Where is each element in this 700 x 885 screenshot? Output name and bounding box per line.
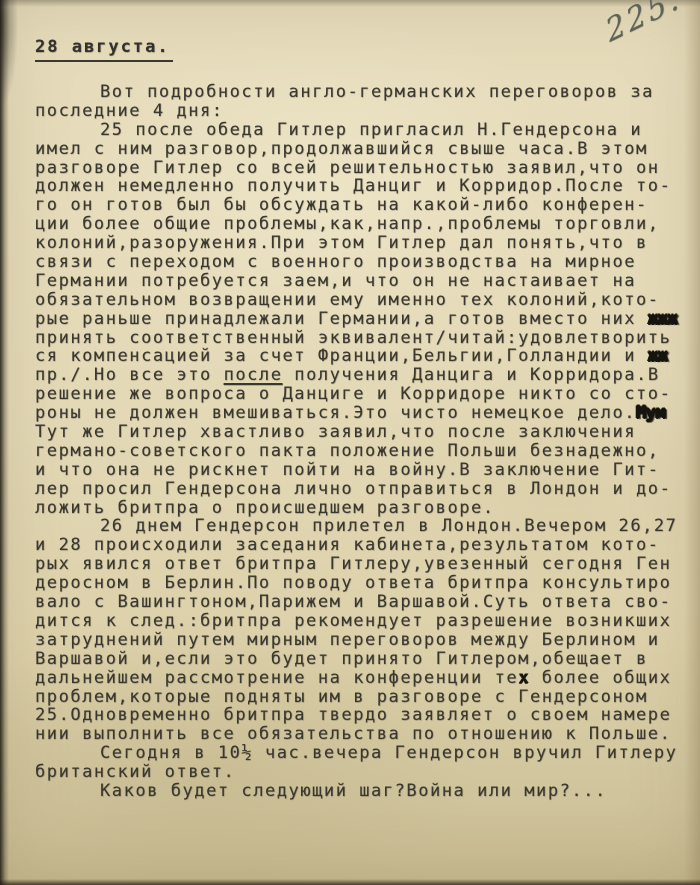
typewritten-text-line: роны не должен вмешиваться.Это чисто нем… <box>35 404 695 423</box>
typewritten-text-line: Варшавой и,если это будет принято Гитлер… <box>35 650 695 669</box>
typewritten-text-line: нии выполнить все обязательства по отнош… <box>35 725 695 744</box>
typewritten-text-line: проблем,которые подняты им в разговоре с… <box>35 688 695 707</box>
typewritten-text-line: и что она не рискнет пойти на войну.В за… <box>35 461 695 480</box>
typewritten-text-line: рые раньше принадлежали Германии,а готов… <box>35 310 695 329</box>
typewritten-text-line: решение же вопроса о Данциге и Корридоре… <box>35 385 695 404</box>
typewritten-text-line: 25 после обеда Гитлер пригласил Н.Гендер… <box>35 121 695 140</box>
typewritten-text-line: вало с Вашингтоном,Парижем и Варшавой.Су… <box>35 593 695 612</box>
document-page: 225. 28 августа. Вот подробности англо-г… <box>0 0 700 885</box>
typewritten-text-line: последние 4 дня: <box>35 102 695 121</box>
typewritten-text-line: обязательном возвращении ему именно тех … <box>35 291 695 310</box>
paper-top-edge-shadow <box>0 0 700 7</box>
typewritten-text-line: имел с ним разговор,продолжавшийся свыше… <box>35 140 695 159</box>
typewritten-text-line: деросном в Берлин.По поводу ответа бритп… <box>35 574 695 593</box>
date-heading: 28 августа. <box>35 37 173 62</box>
typewritten-text-line: Каков будет следующий шаг?Война или мир?… <box>35 782 695 801</box>
typewritten-text-line: и 28 происходили заседания кабинета,резу… <box>35 536 695 555</box>
typewritten-text-line: связи с переходом с военного производств… <box>35 253 695 272</box>
typewritten-text-line: должен немедленно получить Данциг и Корр… <box>35 177 695 196</box>
typewritten-text-line: Тут же Гитлер хвастливо заявил,что после… <box>35 423 695 442</box>
paper-top-left-corner-shadow <box>0 0 26 120</box>
typewritten-text-line: британский ответ. <box>35 763 695 782</box>
typewritten-text-line: колоний,разоружения.При этом Гитлер дал … <box>35 234 695 253</box>
typewritten-text-line: Сегодня в 10½ час.вечера Гендерсон вручи… <box>35 744 695 763</box>
typewritten-text-line: ся компенсацией за счет Франции,Бельгии,… <box>35 347 695 366</box>
typewritten-text-line: затруднений путем мирным переговоров меж… <box>35 631 695 650</box>
struck-out-typo: жж <box>648 346 667 366</box>
typewritten-text-line: ложить бритпра о происшедшем разговоре. <box>35 499 695 518</box>
typewritten-text-line: 26 днем Гендерсон прилетел в Лондон.Вече… <box>35 517 695 536</box>
typewritten-text-line: пр./.Но все это после получения Данцига … <box>35 366 695 385</box>
typewritten-text-line: разговоре Гитлер со всей решительностью … <box>35 159 695 178</box>
typewritten-text-line: 25.Одновременно бритпра твердо заявляет … <box>35 706 695 725</box>
typewritten-text-line: ции более общие проблемы,как,напр.,пробл… <box>35 215 695 234</box>
typewritten-text-line: дится к след.:бритпра рекомендует разреш… <box>35 612 695 631</box>
document-body: Вот подробности англо-германских перегов… <box>35 83 695 801</box>
struck-out-typo: Мум <box>636 403 665 423</box>
typewritten-text-line: принять соответственный эквивалент/читай… <box>35 329 695 348</box>
typewritten-text-line: лер просил Гендерсона лично отправиться … <box>35 480 695 499</box>
typewritten-text-line: германо-советского пакта положение Польш… <box>35 442 695 461</box>
typewritten-text-line: Вот подробности англо-германских перегов… <box>35 83 695 102</box>
paper-bottom-edge-shadow <box>0 879 700 885</box>
typewritten-text-line: рых явился ответ бритпра Гитлеру,увезенн… <box>35 555 695 574</box>
typewritten-text-line: го он готов был бы обсуждать на какой-ли… <box>35 196 695 215</box>
handwritten-page-number: 225. <box>602 0 685 50</box>
struck-out-typo: жжж <box>648 309 677 329</box>
typewritten-text-line: дальнейшем рассмотрение на конференции т… <box>35 669 695 688</box>
typewritten-text-line: Германии потребуется заем,и что он не на… <box>35 272 695 291</box>
paper-left-edge-shadow <box>0 0 9 885</box>
